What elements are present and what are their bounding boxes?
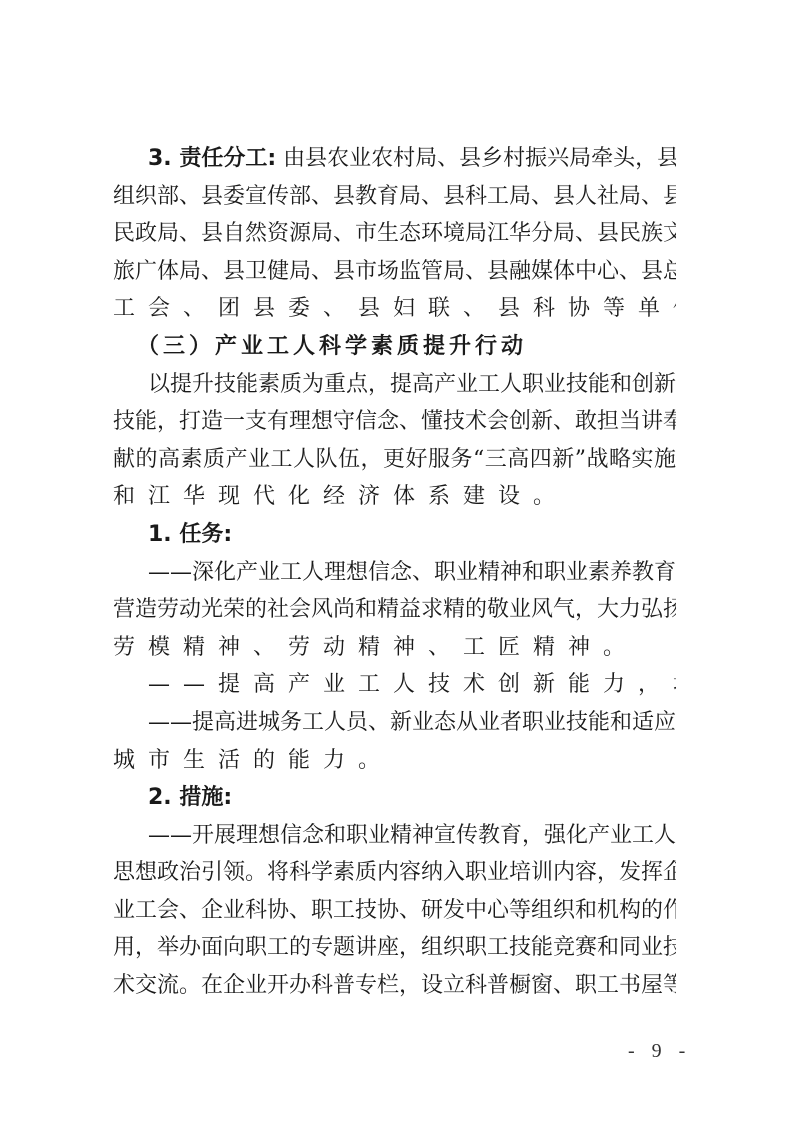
intro-line-4: 和江华现代化经济体系建设。	[113, 478, 676, 516]
tasks-line-4: ——提高产业工人技术创新能力，培育高技能人才。	[113, 666, 676, 704]
intro-line-2: 技能，打造一支有理想守信念、懂技术会创新、敢担当讲奉	[113, 403, 676, 441]
responsibility-line-2: 组织部、县委宣传部、县教育局、县科工局、县人社局、县	[113, 178, 676, 216]
section-heading: （三）产业工人科学素质提升行动	[113, 328, 676, 366]
tasks-line-1: ——深化产业工人理想信念、职业精神和职业素养教育，	[113, 554, 676, 592]
page-number: - 9 -	[628, 1040, 691, 1063]
document-page: 3. 责任分工: 由县农业农村局、县乡村振兴局牵头，县委 组织部、县委宣传部、县…	[113, 140, 676, 1005]
measures-line-5: 术交流。在企业开办科普专栏，设立科普橱窗、职工书屋等。	[113, 967, 676, 1005]
responsibility-line-1: 3. 责任分工: 由县农业农村局、县乡村振兴局牵头，县委	[113, 140, 676, 178]
measures-line-2: 思想政治引领。将科学素质内容纳入职业培训内容，发挥企	[113, 854, 676, 892]
responsibility-label: 3. 责任分工:	[148, 146, 276, 171]
tasks-line-5: ——提高进城务工人员、新业态从业者职业技能和适应	[113, 704, 676, 742]
intro-line-1: 以提升技能素质为重点，提高产业工人职业技能和创新	[113, 366, 676, 404]
tasks-line-2: 营造劳动光荣的社会风尚和精益求精的敬业风气，大力弘扬	[113, 591, 676, 629]
intro-line-3: 献的高素质产业工人队伍，更好服务“三高四新”战略实施	[113, 441, 676, 479]
tasks-line-6: 城市生活的能力。	[113, 742, 676, 780]
measures-line-3: 业工会、企业科协、职工技协、研发中心等组织和机构的作	[113, 892, 676, 930]
responsibility-line-5: 工会、团县委、县妇联、县科协等单位参加。	[113, 290, 676, 328]
measures-line-1: ——开展理想信念和职业精神宣传教育，强化产业工人	[113, 817, 676, 855]
tasks-label: 1. 任务:	[113, 516, 676, 554]
measures-label: 2. 措施:	[113, 779, 676, 817]
responsibility-line-3: 民政局、县自然资源局、市生态环境局江华分局、县民族文	[113, 215, 676, 253]
tasks-line-3: 劳模精神、劳动精神、工匠精神。	[113, 629, 676, 667]
responsibility-line-4: 旅广体局、县卫健局、县市场监管局、县融媒体中心、县总	[113, 253, 676, 291]
measures-line-4: 用，举办面向职工的专题讲座，组织职工技能竞赛和同业技	[113, 929, 676, 967]
